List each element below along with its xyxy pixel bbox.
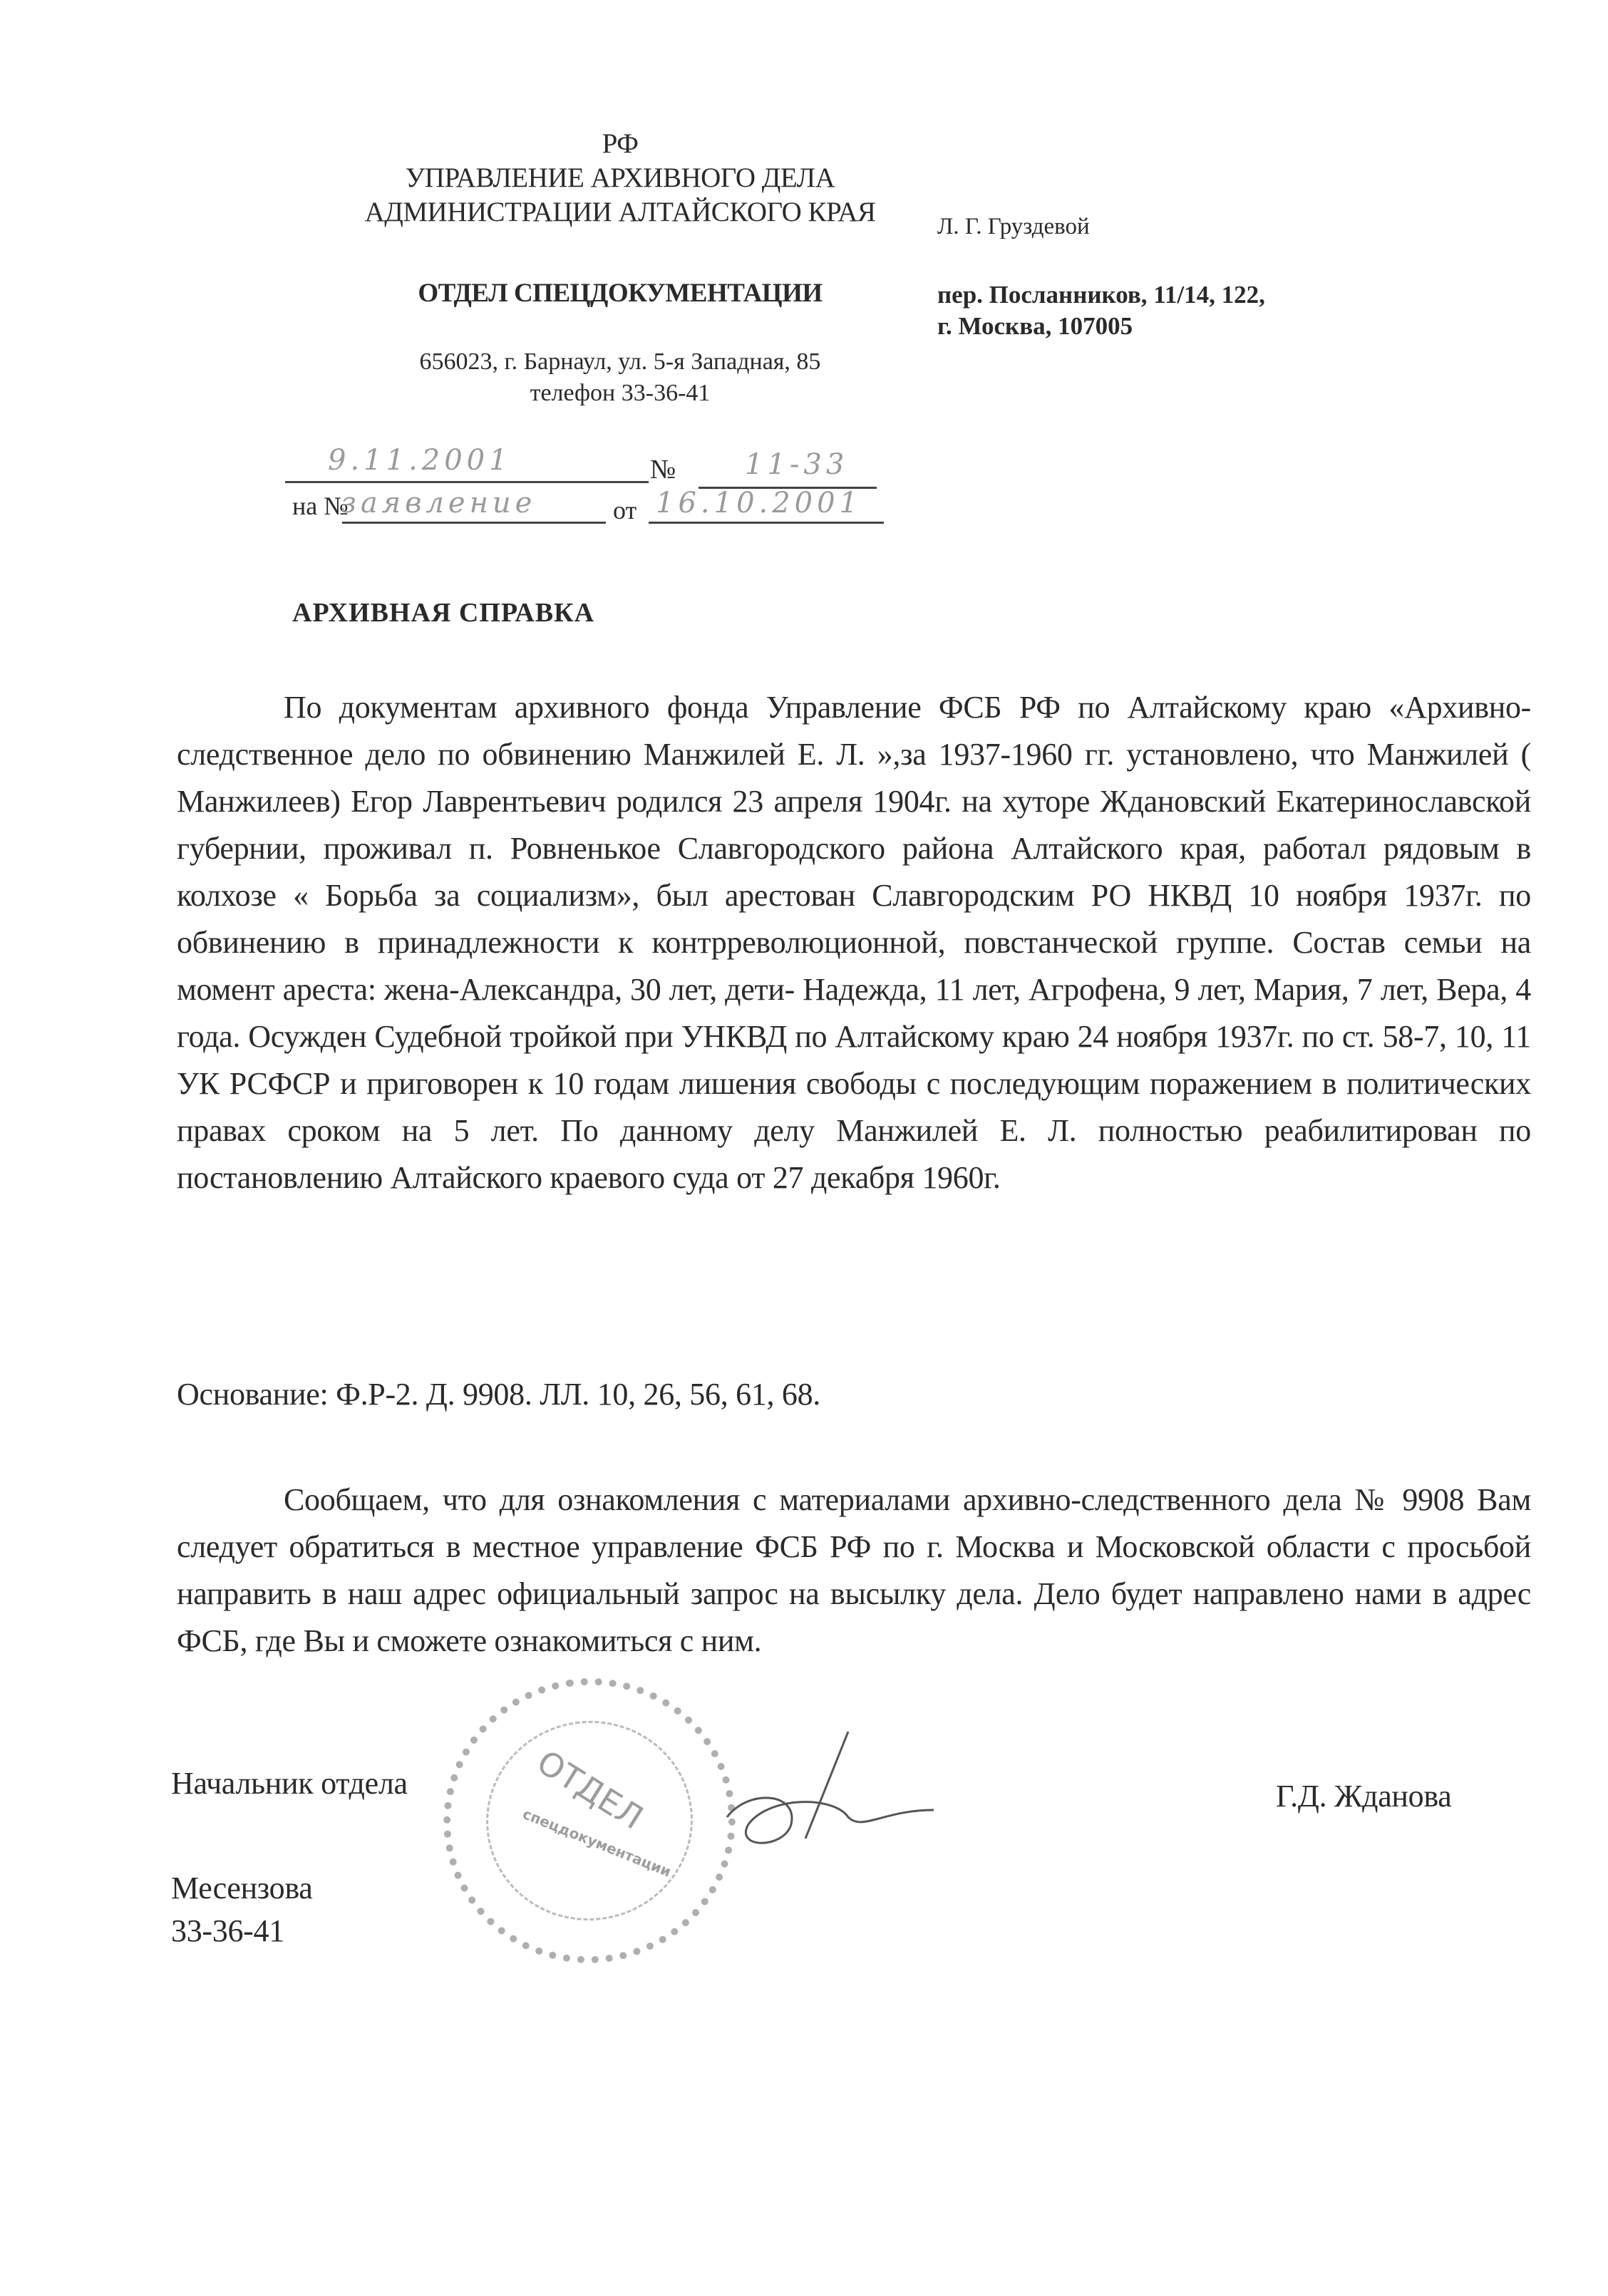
header-org-line2: АДМИНИСТРАЦИИ АЛТАЙСКОГО КРАЯ bbox=[278, 195, 962, 229]
from-line bbox=[649, 522, 884, 524]
reply-to-line bbox=[342, 522, 606, 524]
header-address: 656023, г. Барнаул, ул. 5-я Западная, 85 bbox=[285, 346, 955, 378]
header-phone: телефон 33-36-41 bbox=[285, 378, 955, 409]
recipient-address-line1: пер. Посланников, 11/14, 122, bbox=[937, 279, 1265, 311]
signature-scribble-icon bbox=[706, 1724, 941, 1867]
header-org-line1: УПРАВЛЕНИЕ АРХИВНОГО ДЕЛА bbox=[278, 161, 962, 195]
document-paragraph-1: По документам архивного фонда Управление… bbox=[177, 684, 1531, 1201]
recipient-name: Л. Г. Груздевой bbox=[937, 211, 1090, 242]
document-title: АРХИВНАЯ СПРАВКА bbox=[292, 597, 594, 629]
signature-signer: Г.Д. Жданова bbox=[1276, 1773, 1452, 1820]
reply-to-label: на № bbox=[292, 491, 349, 521]
header-department: ОТДЕЛ СПЕЦДОКУМЕНТАЦИИ bbox=[278, 276, 962, 311]
number-label: № bbox=[650, 454, 676, 485]
recipient-address-line2: г. Москва, 107005 bbox=[937, 311, 1265, 342]
date-handwritten: 9.11.2001 bbox=[328, 444, 512, 477]
number-handwritten: 11-33 bbox=[745, 448, 848, 481]
document-paragraph-2: Сообщаем, что для ознакомления с материа… bbox=[177, 1477, 1531, 1665]
recipient-address: пер. Посланников, 11/14, 122, г. Москва,… bbox=[937, 279, 1265, 342]
header-address-block: 656023, г. Барнаул, ул. 5-я Западная, 85… bbox=[285, 346, 955, 409]
official-stamp: ОТДЕЛ спецдокументации bbox=[425, 1659, 754, 1982]
header-block: РФ УПРАВЛЕНИЕ АРХИВНОГО ДЕЛА АДМИНИСТРАЦ… bbox=[278, 127, 962, 229]
document-basis: Основание: Ф.Р-2. Д. 9908. ЛЛ. 10, 26, 5… bbox=[177, 1371, 1531, 1418]
reply-to-handwritten: заявление bbox=[341, 487, 536, 519]
reference-block: 9.11.2001 № 11-33 на № заявление от 16.1… bbox=[285, 438, 898, 524]
from-date-handwritten: 16.10.2001 bbox=[656, 487, 862, 519]
date-line bbox=[285, 481, 649, 483]
header-country: РФ bbox=[278, 127, 962, 161]
executor-block: Месензова 33-36-41 bbox=[171, 1867, 312, 1953]
from-label: от bbox=[613, 495, 636, 525]
executor-phone: 33-36-41 bbox=[171, 1910, 312, 1953]
stamp-inner-ring bbox=[473, 1707, 706, 1934]
signature-position: Начальник отдела bbox=[171, 1760, 408, 1807]
executor-name: Месензова bbox=[171, 1867, 312, 1910]
